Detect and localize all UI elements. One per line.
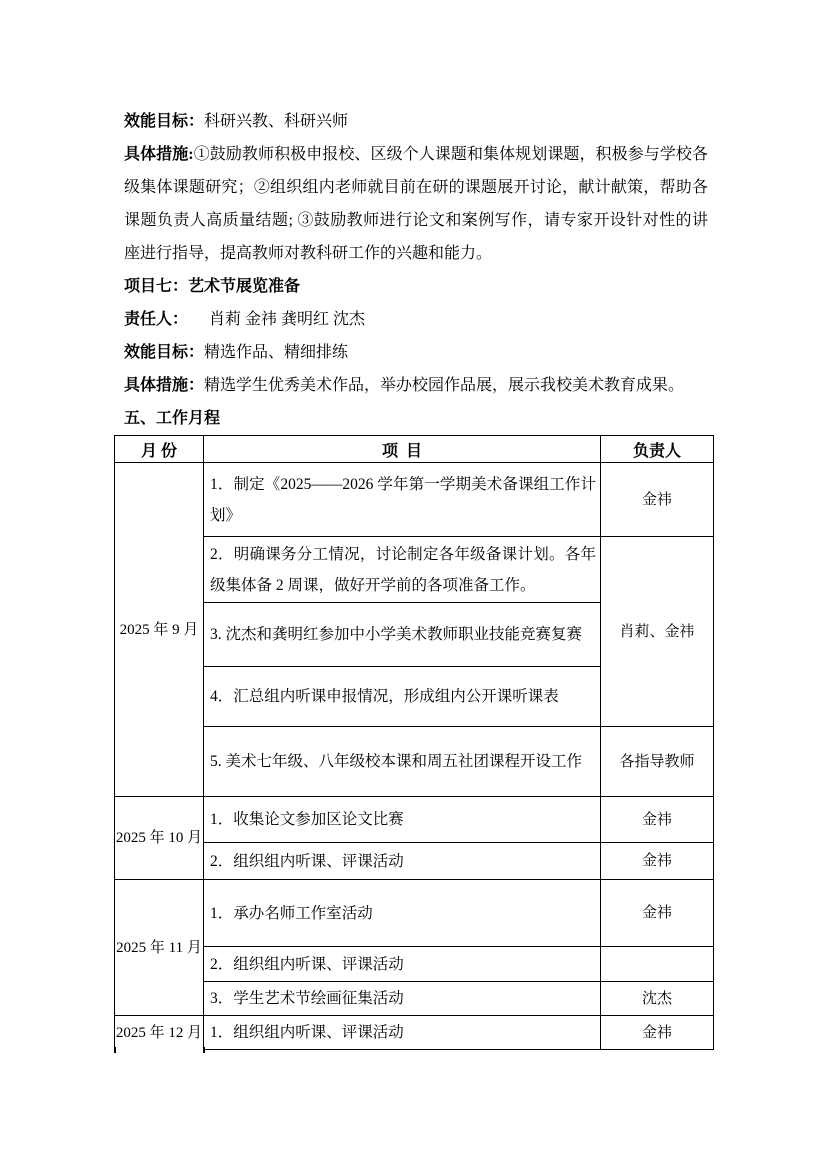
table-row: 2．组织组内听课、评课活动 (115, 947, 714, 982)
table-row: 2025 年 11 月 1．承办名师工作室活动 金祎 (115, 880, 714, 947)
month-cell-october: 2025 年 10 月 (115, 797, 204, 880)
paragraph-label: 责任人： (124, 311, 188, 328)
paragraph-label: 效能目标： (124, 113, 204, 130)
paragraph-text: ①鼓励教师积极申报校、区级个人课题和集体规划课题，积极参与学校各级集体课题研究；… (124, 146, 708, 262)
person-cell: 金祎 (601, 797, 714, 843)
work-schedule-table: 月 份 项 目 负责人 2025 年 9 月 1．制定《2025——2026 学… (114, 435, 714, 1050)
paragraph-label: 具体措施: (124, 146, 194, 163)
project-cell: 4．汇总组内听课申报情况，形成组内公开课听课表 (204, 667, 601, 727)
person-cell: 沈杰 (601, 982, 714, 1016)
month-cell-september: 2025 年 9 月 (115, 463, 204, 797)
project-cell: 1．制定《2025——2026 学年第一学期美术备课组工作计划》 (204, 463, 601, 537)
project-cell: 5. 美术七年级、八年级校本课和周五社团课程开设工作 (204, 727, 601, 797)
table-row: 5. 美术七年级、八年级校本课和周五社团课程开设工作 各指导教师 (115, 727, 714, 797)
paragraph-text: 科研兴教、科研兴师 (204, 113, 348, 130)
paragraph-label: 效能目标： (124, 344, 204, 361)
project-cell: 3. 沈杰和龚明红参加中小学美术教师职业技能竞赛复赛 (204, 603, 601, 667)
month-cell-december: 2025 年 12 月 (115, 1016, 204, 1050)
header-project: 项 目 (204, 436, 601, 463)
project-cell: 2．组织组内听课、评课活动 (204, 843, 601, 880)
month-cell-november: 2025 年 11 月 (115, 880, 204, 1016)
person-cell: 各指导教师 (601, 727, 714, 797)
project-cell: 1．收集论文参加区论文比赛 (204, 797, 601, 843)
paragraph-measures-2: 具体措施：精选学生优秀美术作品，举办校园作品展，展示我校美术教育成果。 (124, 369, 708, 402)
paragraph-label: 具体措施： (124, 377, 204, 394)
project-cell: 2．明确课务分工情况，讨论制定各年级备课计划。各年级集体备 2 周课，做好开学前… (204, 537, 601, 603)
table-row: 2025 年 10 月 1．收集论文参加区论文比赛 金祎 (115, 797, 714, 843)
header-person: 负责人 (601, 436, 714, 463)
paragraph-measures-1: 具体措施:①鼓励教师积极申报校、区级个人课题和集体规划课题，积极参与学校各级集体… (124, 138, 708, 270)
project-cell: 1．承办名师工作室活动 (204, 880, 601, 947)
document-body-text: 效能目标：科研兴教、科研兴师 具体措施:①鼓励教师积极申报校、区级个人课题和集体… (124, 105, 708, 435)
responsible-person-names: 肖莉 金祎 龚明红 沈杰 (209, 311, 365, 328)
paragraph-label: 项目七：艺术节展览准备 (124, 278, 300, 295)
person-cell-merged: 肖莉、金祎 (601, 537, 714, 727)
paragraph-effect-goal-2: 效能目标：精选作品、精细排练 (124, 336, 708, 369)
table-row: 2025 年 9 月 1．制定《2025——2026 学年第一学期美术备课组工作… (115, 463, 714, 537)
table-continuation-tick-left (114, 1047, 116, 1053)
person-cell-empty (601, 947, 714, 982)
paragraph-project-seven-title: 项目七：艺术节展览准备 (124, 270, 708, 303)
project-cell: 2．组织组内听课、评课活动 (204, 947, 601, 982)
paragraph-responsible-persons: 责任人：肖莉 金祎 龚明红 沈杰 (124, 303, 708, 336)
header-month: 月 份 (115, 436, 204, 463)
document-page: 效能目标：科研兴教、科研兴师 具体措施:①鼓励教师积极申报校、区级个人课题和集体… (0, 0, 827, 1170)
paragraph-text: 精选学生优秀美术作品，举办校园作品展，展示我校美术教育成果。 (204, 377, 684, 394)
section-title-label: 五、工作月程 (124, 410, 220, 427)
table-continuation-tick-right (203, 1047, 205, 1053)
project-cell: 1．组织组内听课、评课活动 (204, 1016, 601, 1050)
person-cell: 金祎 (601, 1016, 714, 1050)
section-title-work-schedule: 五、工作月程 (124, 402, 708, 435)
person-cell: 金祎 (601, 880, 714, 947)
paragraph-effect-goal-1: 效能目标：科研兴教、科研兴师 (124, 105, 708, 138)
table-row: 2．组织组内听课、评课活动 金祎 (115, 843, 714, 880)
project-cell: 3．学生艺术节绘画征集活动 (204, 982, 601, 1016)
table-row: 3．学生艺术节绘画征集活动 沈杰 (115, 982, 714, 1016)
paragraph-text: 精选作品、精细排练 (204, 344, 348, 361)
table-header-row: 月 份 项 目 负责人 (115, 436, 714, 463)
table-row: 2．明确课务分工情况，讨论制定各年级备课计划。各年级集体备 2 周课，做好开学前… (115, 537, 714, 603)
person-cell: 金祎 (601, 463, 714, 537)
table-row: 2025 年 12 月 1．组织组内听课、评课活动 金祎 (115, 1016, 714, 1050)
person-cell: 金祎 (601, 843, 714, 880)
